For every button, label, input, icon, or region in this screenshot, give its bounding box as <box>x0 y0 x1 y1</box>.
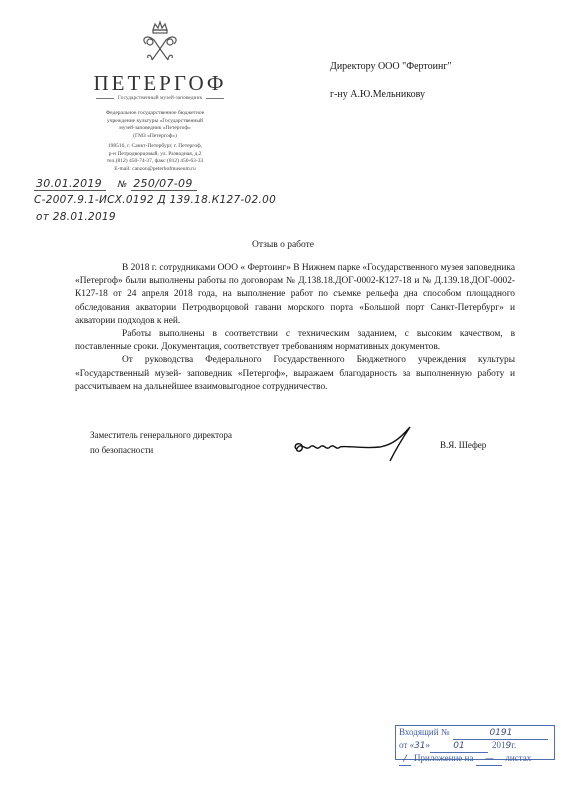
org-line: Федеральное государственное бюджетное <box>70 110 240 118</box>
attachment-row: / Приложение на — листах <box>399 753 551 766</box>
incoming-number: 0191 <box>453 728 548 740</box>
org-line: музей-заповедник «Петергоф» <box>70 125 240 133</box>
signatory-name: В.Я. Шефер <box>440 440 486 450</box>
year-suffix: г. <box>511 740 516 751</box>
reference-number: С-2007.9.1-ИСХ.0192 Д 139.18.К127-02.00 <box>34 194 276 206</box>
addressee-name: г-ну А.Ю.Мельникову <box>330 88 452 102</box>
letterhead-logo: ПЕТЕРГОФ Государственный музей-заповедни… <box>60 20 260 101</box>
addressee-position: Директору ООО "Фертоинг" <box>330 60 452 74</box>
attachment-label: Приложение на <box>414 753 473 764</box>
paragraph: В 2018 г. сотрудниками ООО « Фертоинг» В… <box>75 262 515 328</box>
position-line: Заместитель генерального директора <box>90 428 232 443</box>
pages-label: листах <box>505 753 531 764</box>
outgoing-registration: 30.01.2019 № 250/07-09 <box>34 177 197 191</box>
from-label: от « <box>399 740 414 751</box>
org-line: учреждение культуры «Государственный <box>70 118 240 126</box>
incoming-date-row: от « 31 » 01 201 9 г. <box>399 740 551 753</box>
reference-date: от 28.01.2019 <box>36 211 116 223</box>
address-line: р-н Петродворцовый, ул. Разводная, д.2 <box>70 151 240 159</box>
position-line: по безопасности <box>90 443 232 458</box>
paragraph: Работы выполнены в соответствии с технич… <box>75 328 515 354</box>
incoming-stamp: Входящий № 0191 от « 31 » 01 201 9 г. / … <box>395 725 555 760</box>
brand-subtitle-text: Государственный музей-заповедник <box>118 95 202 101</box>
divider <box>96 98 114 99</box>
organization-info: Федеральное государственное бюджетное уч… <box>70 110 240 140</box>
crown-monogram-icon <box>138 20 182 68</box>
brand-name: ПЕТЕРГОФ <box>60 72 260 94</box>
incoming-label: Входящий № <box>399 727 449 738</box>
document-title: Отзыв о работе <box>0 240 566 250</box>
handwritten-signature-icon <box>290 423 420 463</box>
incoming-day: 31 <box>414 741 425 752</box>
email-line: E-mail: canzon@peterhofmuseum.ru <box>70 166 240 174</box>
address-line: тел.(812) 450-74-37, факс (812) 450-63-3… <box>70 158 240 166</box>
document-body: В 2018 г. сотрудниками ООО « Фертоинг» В… <box>75 262 515 394</box>
org-line: (ГМЗ «Петергоф») <box>70 133 240 141</box>
year-prefix: 201 <box>492 740 506 751</box>
incoming-number-row: Входящий № 0191 <box>399 727 551 740</box>
number-sign: № <box>118 180 128 190</box>
incoming-month: 01 <box>430 741 488 753</box>
address-line: 198516, г. Санкт-Петербург, г. Петергоф, <box>70 143 240 151</box>
addressee: Директору ООО "Фертоинг" г-ну А.Ю.Мельни… <box>330 60 452 116</box>
attachment-mark: / <box>399 754 411 766</box>
outgoing-date: 30.01.2019 <box>34 177 106 191</box>
attachment-pages: — <box>476 754 502 766</box>
divider <box>206 98 224 99</box>
brand-subtitle: Государственный музей-заповедник <box>60 95 260 101</box>
outgoing-number: 250/07-09 <box>131 177 196 191</box>
signatory-position: Заместитель генерального директора по бе… <box>90 428 232 458</box>
paragraph: От руководства Федерального Государствен… <box>75 354 515 394</box>
organization-address: 198516, г. Санкт-Петербург, г. Петергоф,… <box>70 143 240 173</box>
